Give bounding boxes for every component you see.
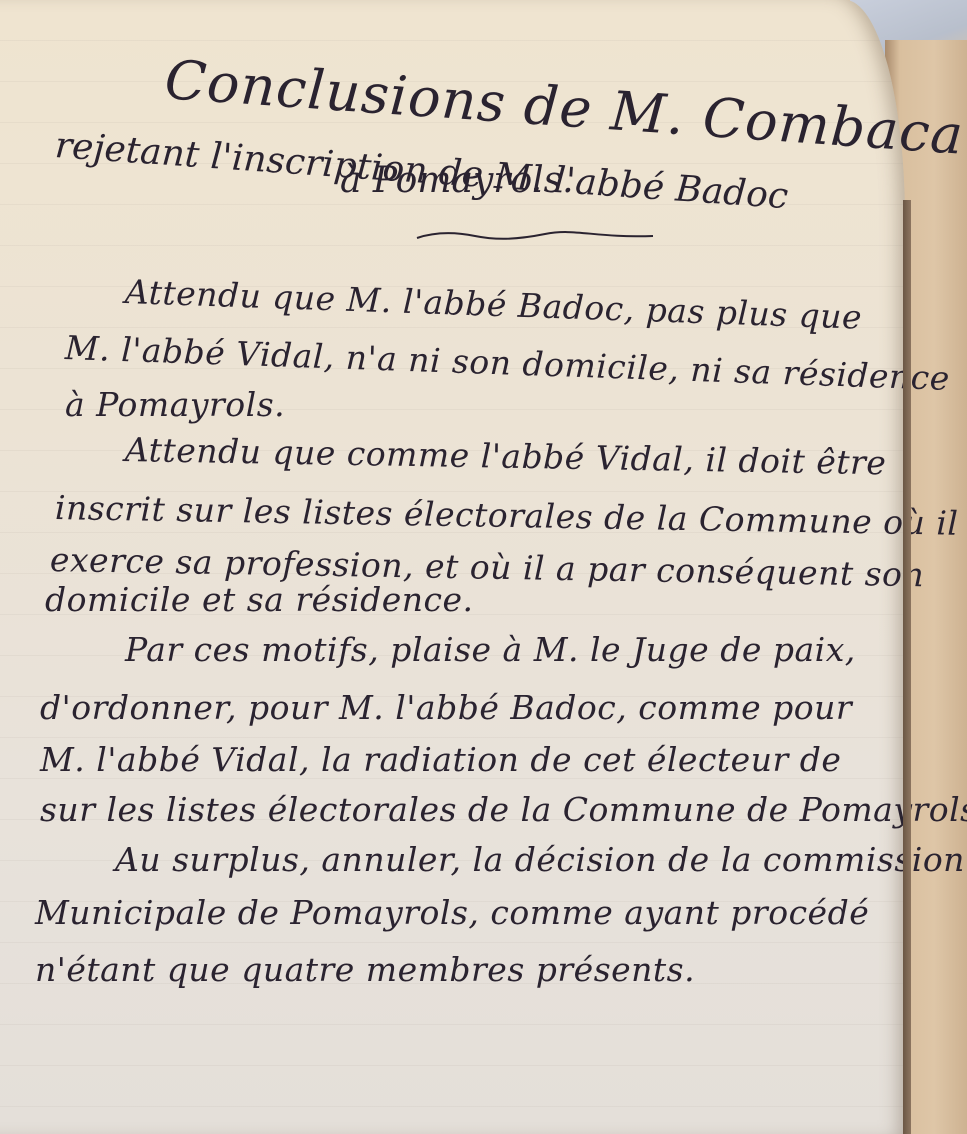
flourish-divider [415, 228, 655, 244]
paragraph-4-line-2: Municipale de Pomayrols, comme ayant pro… [35, 893, 869, 932]
paragraph-1-line-3: à Pomayrols. [65, 385, 285, 424]
paragraph-3-line-2: d'ordonner, pour M. l'abbé Badoc, comme … [40, 688, 852, 727]
manuscript-page: Conclusions de M. Combacau rejetant l'in… [0, 0, 905, 1134]
paragraph-3-line-3: M. l'abbé Vidal, la radiation de cet éle… [40, 740, 841, 779]
paragraph-2-line-4: domicile et sa résidence. [45, 580, 474, 619]
paragraph-3-line-4: sur les listes électorales de la Commune… [40, 790, 967, 829]
title-line-3: à Pomayrols. [340, 160, 574, 201]
paragraph-3-line-1: Par ces motifs, plaise à M. le Juge de p… [125, 630, 856, 669]
paragraph-4-line-3: n'étant que quatre membres présents. [35, 950, 695, 989]
paragraph-4-line-1: Au surplus, annuler, la décision de la c… [115, 840, 965, 879]
